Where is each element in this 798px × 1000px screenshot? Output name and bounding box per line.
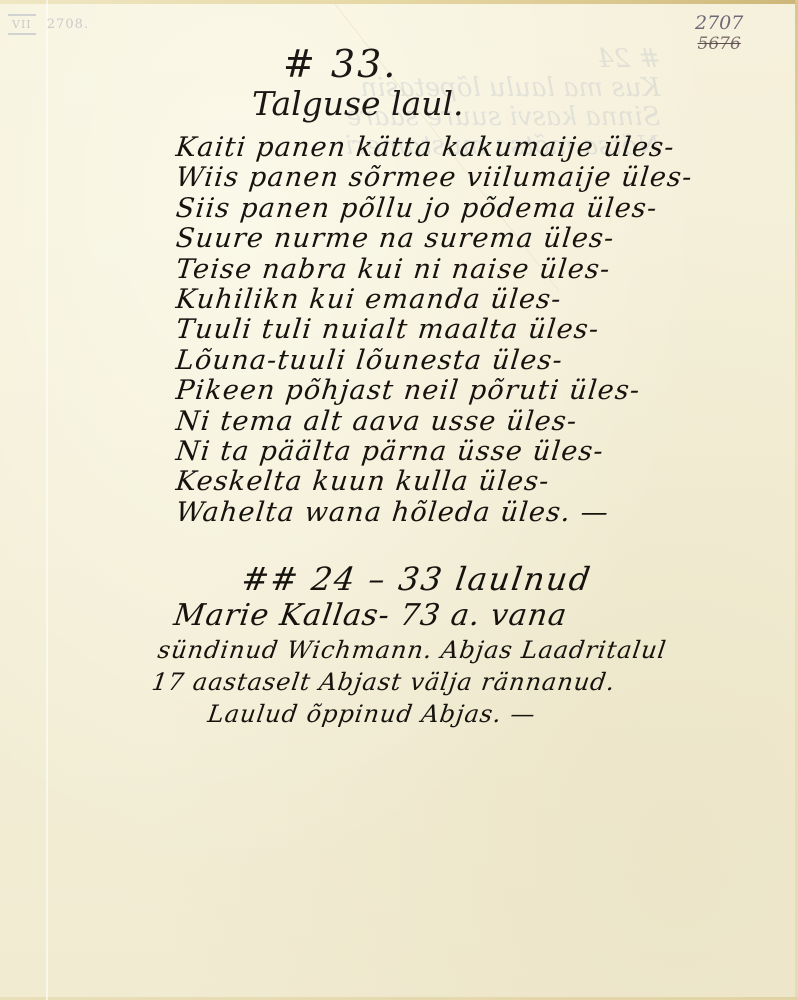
catalog-number-current: 2707 — [695, 12, 743, 34]
verse-line: Lõuna-tuuli lõunesta üles- — [174, 346, 737, 376]
archive-stamp-roman: VII — [8, 14, 36, 35]
paper-top-edge — [0, 0, 798, 4]
verse-line: Pikeen põhjast neil põruti üles- — [174, 376, 737, 406]
archive-stamp-number: 2708. — [47, 17, 89, 32]
verse-line: Tuuli tuli nuialt maalta üles- — [174, 315, 737, 345]
verse-line: Ni ta päälta pärna üsse üles- — [174, 437, 737, 467]
archive-stamp: VII 2708. — [8, 14, 89, 35]
song-number: # 33. — [283, 42, 397, 86]
verse-line: Kaiti panen kätta kakumaije üles- — [174, 133, 737, 163]
verse-line: Kuhilikn kui emanda üles- — [174, 285, 737, 315]
singer-note-line: Marie Kallas- 73 a. vana — [167, 598, 772, 634]
verse-line: Ni tema alt aava usse üles- — [174, 407, 737, 437]
song-verses: Kaiti panen kätta kakumaije üles- Wiis p… — [176, 133, 736, 528]
verse-line: Wiis panen sõrmee viilumaije üles- — [174, 163, 737, 193]
song-title: Talguse laul. — [252, 84, 464, 123]
singer-note-line: sündinud Wichmann. Abjas Laadritalul — [156, 634, 772, 666]
singer-note-heading: ## 24 – 33 laulnud — [167, 560, 772, 598]
verse-line: Wahelta wana hõleda üles. — — [174, 498, 737, 528]
singer-note-line: 17 aastaselt Abjast välja rännanud. — [150, 666, 772, 698]
verse-line: Keskelta kuun kulla üles- — [174, 467, 737, 497]
paper-fold-line — [46, 0, 48, 1000]
manuscript-page: # 24 Kus ma laulu lõpetasin Sinna kasvi … — [0, 0, 798, 1000]
verse-line: Teise nabra kui ni naise üles- — [174, 255, 737, 285]
catalog-numbers: 2707 5676 — [695, 12, 743, 54]
verse-line: Suure nurme na surema üles- — [174, 224, 737, 254]
singer-note-line: Laulud õppinud Abjas. — — [168, 698, 772, 730]
singer-note: ## 24 – 33 laulnud Marie Kallas- 73 a. v… — [170, 560, 770, 730]
verse-line: Siis panen põllu jo põdema üles- — [174, 194, 737, 224]
catalog-number-struck: 5676 — [695, 34, 743, 54]
